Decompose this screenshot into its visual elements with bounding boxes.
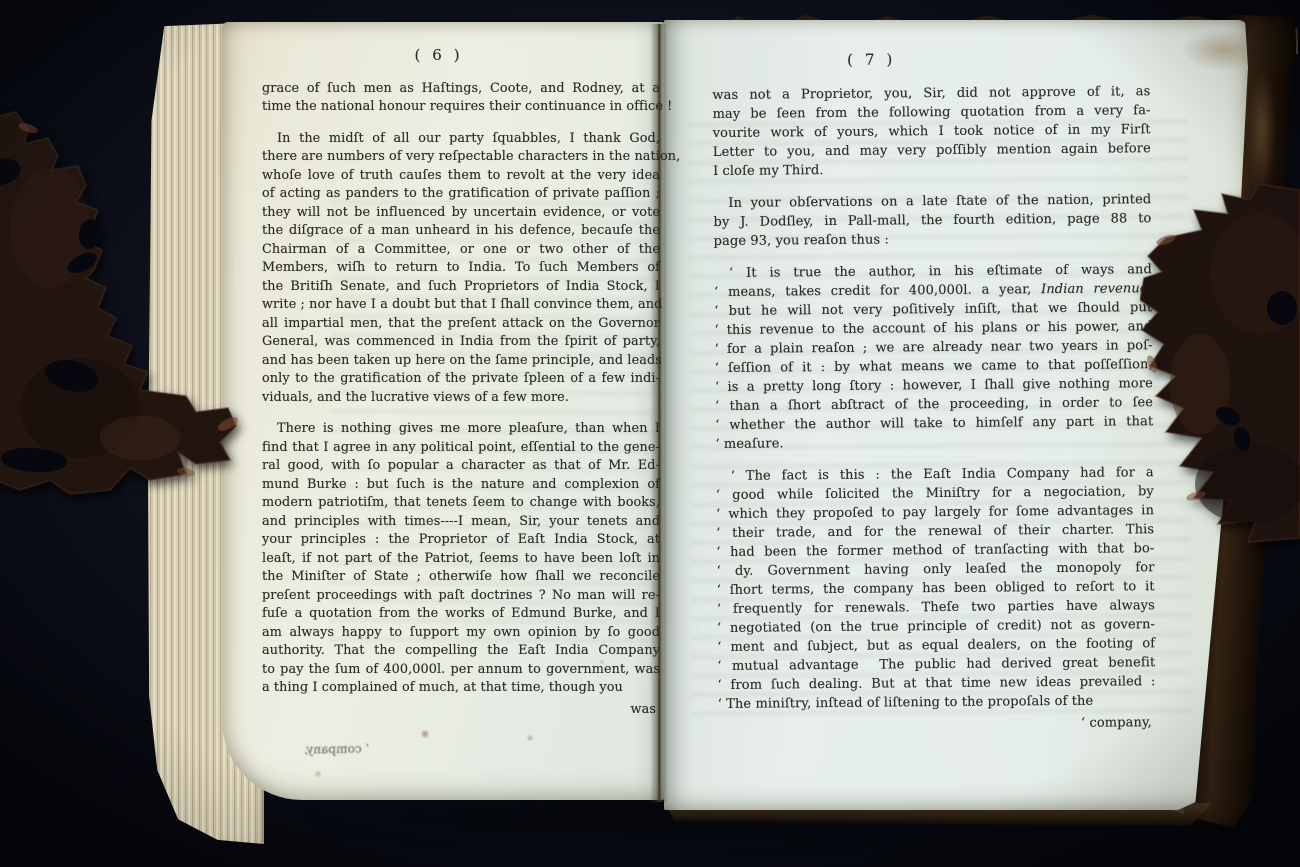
page-6-text: ( 6 ) grace of ſuch men as Haſtings, Coo… xyxy=(262,46,660,719)
page-7-paragraphs: was not a Proprietor, you, Sir, did not … xyxy=(712,82,1155,714)
text-line: preſent proceedings with paſt doctrines … xyxy=(262,587,660,606)
text-line: ‘ whether the author will take to himſel… xyxy=(715,412,1153,435)
text-line: page 93, you reaſon thus : xyxy=(714,228,1152,251)
text-line: ral good, with ſo popular a character as… xyxy=(262,457,660,476)
text-line: a thing I complained of much, at that ti… xyxy=(262,679,660,698)
text-line: the diſgrace of a man unheard in his def… xyxy=(262,222,660,241)
text-line: and has been taken up here on the ſame p… xyxy=(262,352,660,371)
text-line: In the midſt of all our party ſquabbles,… xyxy=(262,130,660,149)
text-line: they will not be influenced by uncertain… xyxy=(262,204,660,223)
text-line: by J. Dodſley, in Pall-mall, the fourth … xyxy=(713,209,1151,232)
metal-clasp-right-icon xyxy=(1140,184,1300,554)
text-line: Members, wiſh to return to India. To ſuc… xyxy=(262,259,660,278)
text-line: find that I agree in any political point… xyxy=(262,439,660,458)
text-line: all impartial men, that the preſent atta… xyxy=(262,315,660,334)
text-line: write ; nor have I a doubt but that I ſh… xyxy=(262,296,660,315)
page-number-6: ( 6 ) xyxy=(262,46,612,65)
text-line: fuſe a quotation from the works of Edmun… xyxy=(262,605,660,624)
page-6-paragraphs: grace of ſuch men as Haſtings, Coote, an… xyxy=(262,80,660,698)
text-line: am always happy to ſupport my own opinio… xyxy=(262,624,660,643)
paragraph: In the midſt of all our party ſquabbles,… xyxy=(262,130,660,408)
paragraph: grace of ſuch men as Haſtings, Coote, an… xyxy=(262,80,660,117)
paragraph: ‘ The fact is this : the Eaſt India Comp… xyxy=(716,463,1156,714)
text-line: I cloſe my Third. xyxy=(713,158,1151,181)
paragraph: was not a Proprietor, you, Sir, did not … xyxy=(712,82,1151,181)
text-line: only to the gratification of the private… xyxy=(262,370,660,389)
text-line: the Miniſter of State ; otherwiſe how ſh… xyxy=(262,568,660,587)
text-line: There is nothing gives me more pleaſure,… xyxy=(262,420,660,439)
paragraph: There is nothing gives me more pleaſure,… xyxy=(262,420,660,698)
metal-clasp-left-icon xyxy=(0,108,240,508)
text-line: leaſt, if not part of the Patriot, ſeems… xyxy=(262,550,660,569)
text-line: Chairman of a Committee, or one or two o… xyxy=(262,241,660,260)
text-line: whoſe love of truth cauſes them to revol… xyxy=(262,167,660,186)
catchword-page-6: was xyxy=(262,701,660,720)
text-line: and principles with times----I mean, Sir… xyxy=(262,513,660,532)
text-line: time the national honour requires their … xyxy=(262,98,660,117)
catchword-page-7: ‘ company, xyxy=(718,713,1156,736)
text-line: Letter to you, and may very poſſibly men… xyxy=(713,139,1151,162)
show-through-catchword: ‘ company, xyxy=(304,739,370,759)
text-line: authority. That the compelling the Eaſt … xyxy=(262,642,660,661)
text-line: mund Burke : but ſuch is the nature and … xyxy=(262,476,660,495)
paragraph: ‘ It is true the author, in his eſtimate… xyxy=(714,260,1154,454)
text-line: the Britiſh Senate, and ſuch Proprietors… xyxy=(262,278,660,297)
paragraph: In your obſervations on a late ſtate of … xyxy=(713,190,1151,251)
text-line: to pay the ſum of 400,000l. per annum to… xyxy=(262,661,660,680)
text-line: your principles : the Proprietor of Eaſt… xyxy=(262,531,660,550)
text-line: ‘ meaſure. xyxy=(715,431,1153,454)
text-line: of acting as panders to the gratificatio… xyxy=(262,185,660,204)
text-line: grace of ſuch men as Haſtings, Coote, an… xyxy=(262,80,660,99)
page-number-7: ( 7 ) xyxy=(712,49,1028,71)
text-line: viduals, and the lucrative views of a fe… xyxy=(262,389,660,408)
text-line: there are numbers of very reſpectable ch… xyxy=(262,148,660,167)
text-line: General, was commenced in India from the… xyxy=(262,333,660,352)
text-line: modern patriotiſm, that tenets ſeem to c… xyxy=(262,494,660,513)
page-7-text: ( 7 ) was not a Proprietor, you, Sir, di… xyxy=(712,48,1156,736)
photo-scene: ( 6 ) grace of ſuch men as Haſtings, Coo… xyxy=(0,0,1300,867)
text-line: ‘ The miniſtry, inſtead of liſtening to … xyxy=(718,691,1156,714)
